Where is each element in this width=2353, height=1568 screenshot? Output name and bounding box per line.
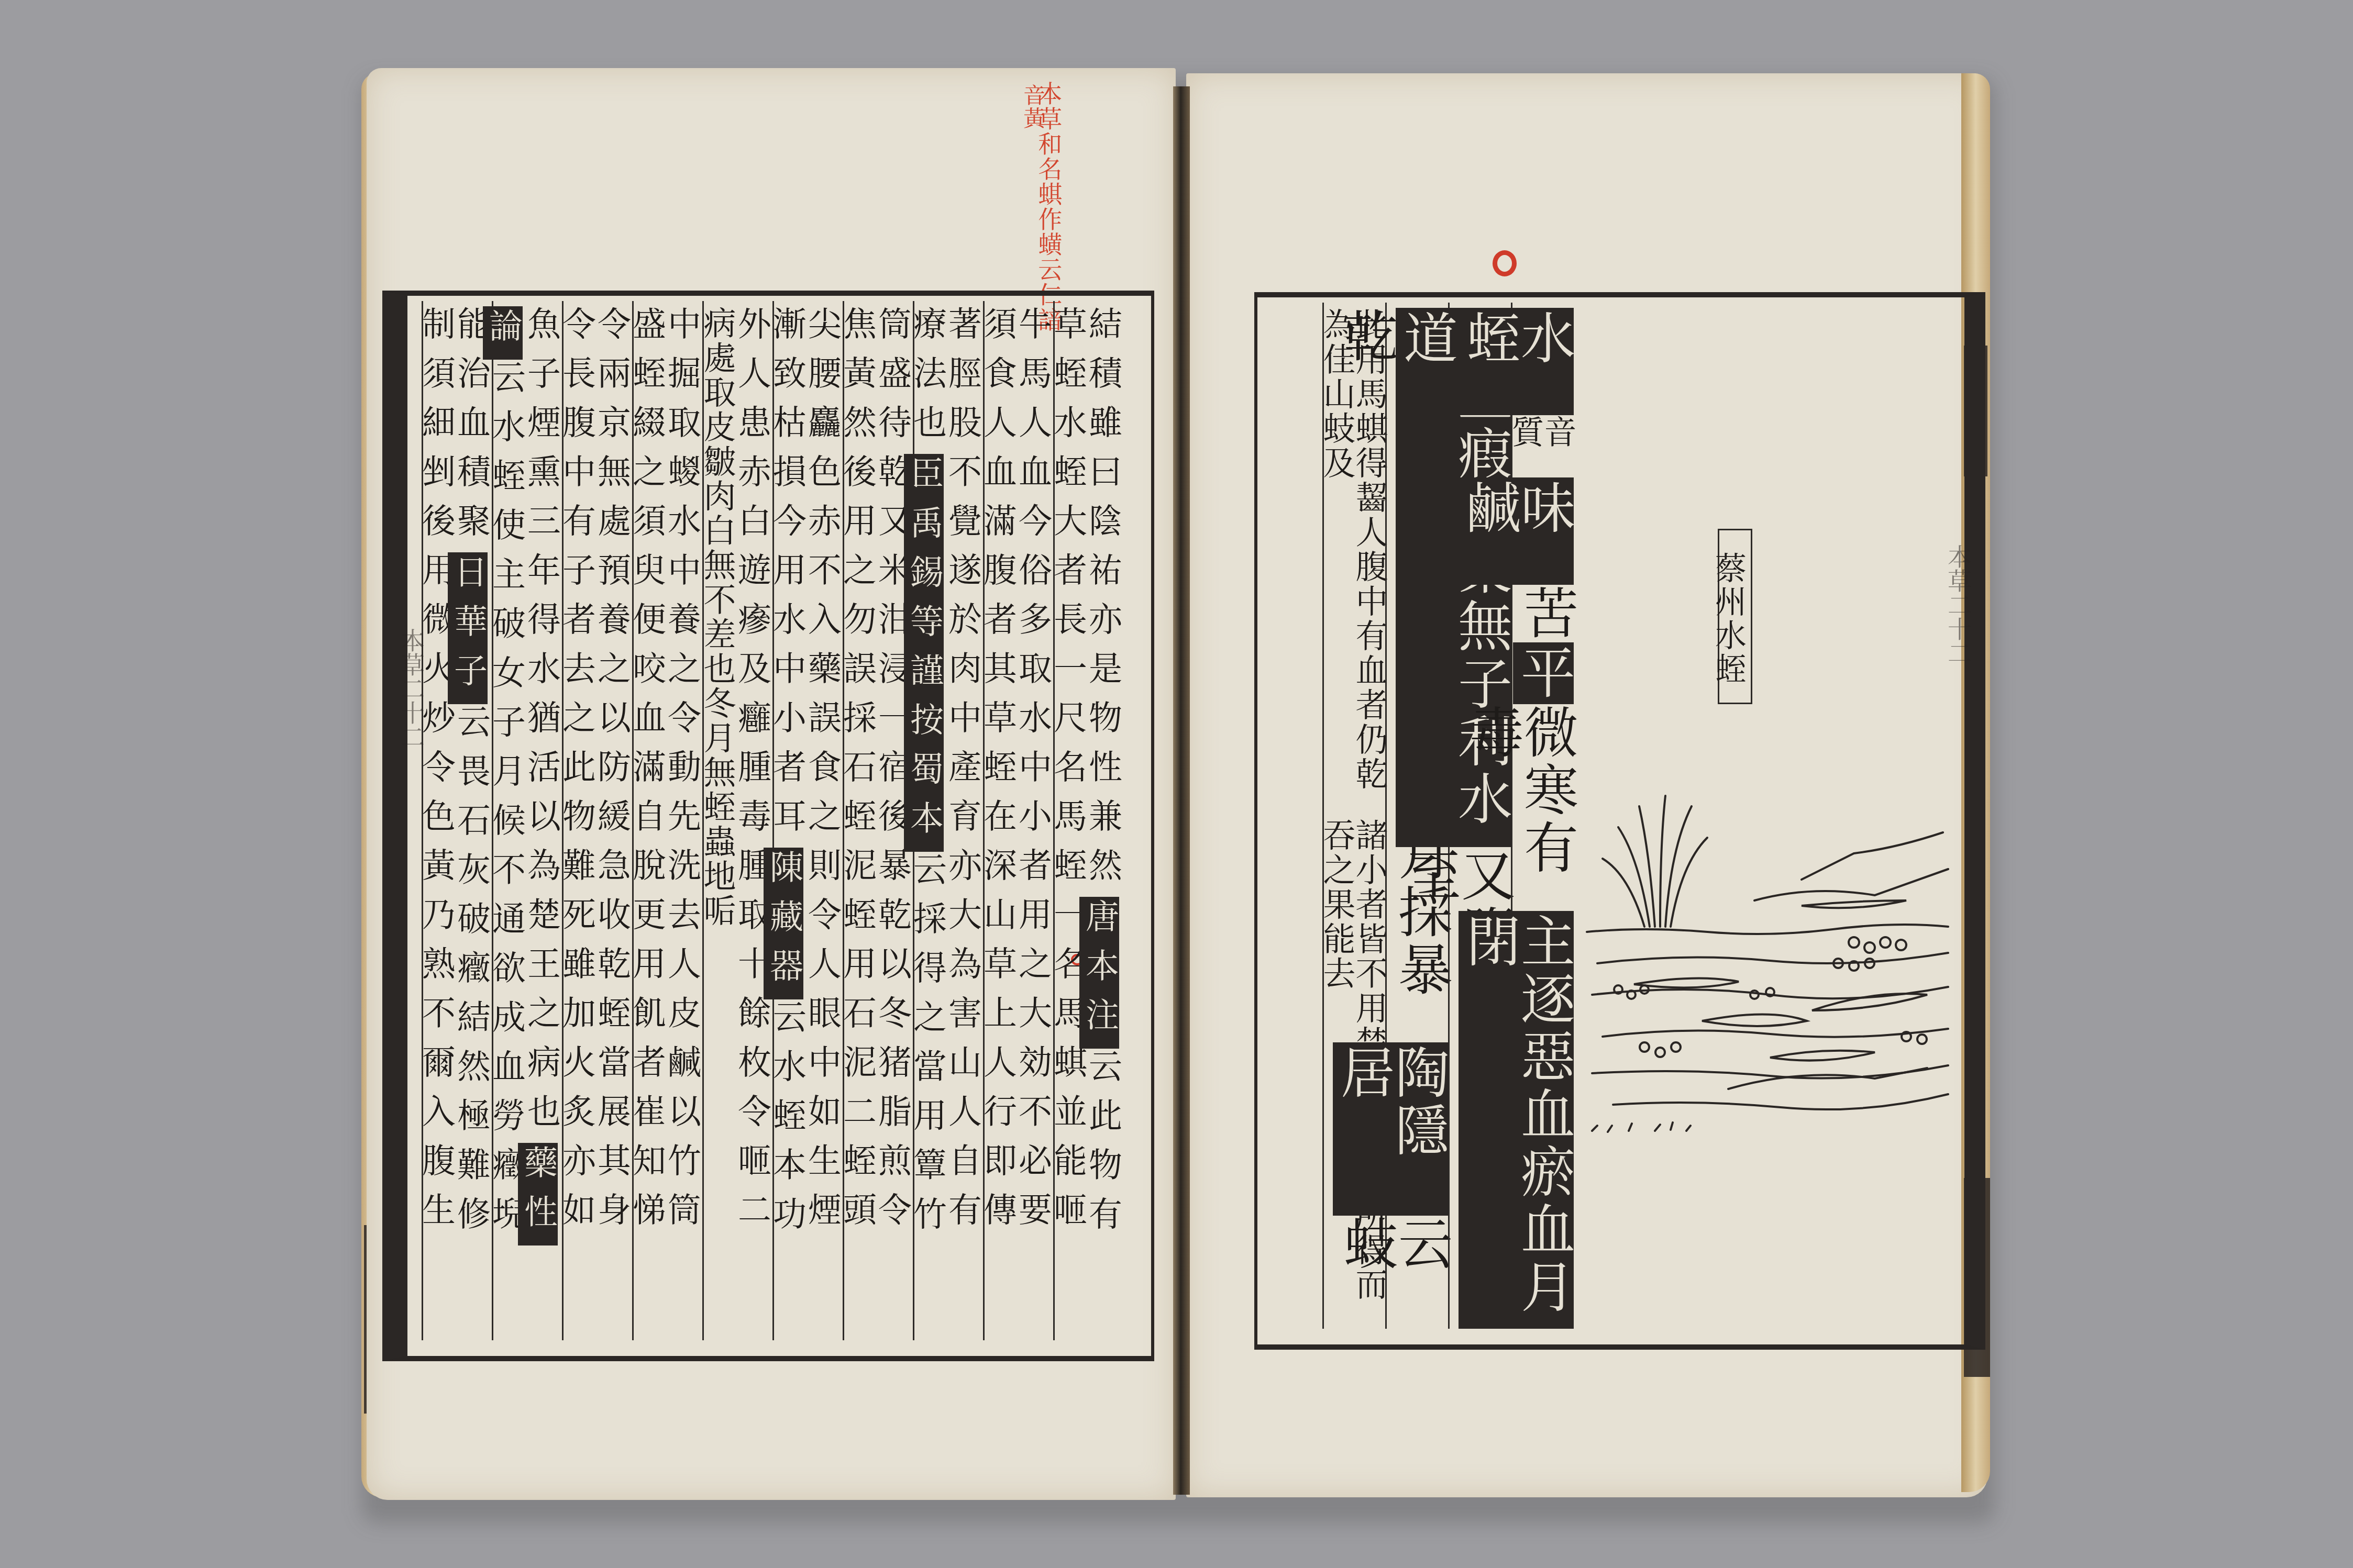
main-text: 草蛭水蛭大者長一尺名馬蛭一名馬蜞並能咂 — [1051, 306, 1084, 1241]
main-text: 盛蛭綴之須臾便咬血滿自脫更用飢者崔知悌 — [629, 306, 663, 1241]
main-text: 外人患赤白遊瘮及癰腫毒腫取十餘枚令咂二 — [735, 306, 768, 1241]
main-text: 尖腰麤色赤不入藥誤食之則令人眼中如生煙 — [805, 306, 838, 1241]
left-page-text: 結積雖曰陰祐亦是物性兼然唐本注云此物有草蛭水蛭大者長一尺名馬蛭一名馬蜞並能咂牛馬… — [414, 301, 1123, 1340]
main-text: 魚子煙熏三年得水猶活以為楚王之病也 — [524, 306, 558, 1143]
main-text: 令兩京無處預養之以防緩急收乾蛭當展其身 — [594, 306, 628, 1241]
source-label-block: 臣禹錫等謹按蜀本 — [904, 454, 944, 852]
main-text: 曰陰祐亦是物性兼 — [1086, 454, 1119, 848]
main-text: 療法也 — [910, 306, 944, 454]
main-text: 云水蛭使主破女子月候不通欲成血勞癥堄 — [489, 360, 523, 1245]
source-label-block: 水蛭 — [1459, 308, 1574, 415]
annotation-line: 病處取皮皺肉白無不差也冬月無蛭蟲地 — [701, 306, 733, 894]
text-column: 結積雖曰陰祐亦是物性兼然唐本注云此物有 — [1088, 301, 1123, 1340]
red-circle-mark — [1493, 250, 1517, 276]
main-text: 焦黃然後用之勿誤採石蛭泥蛭用石泥二蛭頭 — [840, 306, 874, 1241]
red-marginal-note-side: 音黃 — [1021, 84, 1044, 130]
left-edge-title: 本草二十二 — [394, 628, 428, 749]
source-label-block: 陳藏器 — [764, 848, 803, 999]
main-text: 漸致枯損今用水中小者耳 — [770, 306, 803, 848]
main-text: 著脛股不覺遂於肉中產育亦大為害山人自有 — [945, 306, 979, 1241]
main-text: 微寒有毒 — [1465, 704, 1574, 911]
leech-illustration — [1582, 775, 1959, 1141]
source-label-block: 主逐惡血瘀血月閉 — [1459, 911, 1574, 1329]
main-text: 然 — [1086, 848, 1119, 897]
right-edge-title: 本草二十二 — [1941, 544, 1975, 665]
source-label-block: 論 — [483, 306, 523, 360]
book-gutter — [1173, 86, 1190, 1495]
source-label-block: 唐本注 — [1079, 897, 1119, 1049]
text-column: 水蛭音質味鹹苦平微寒有毒主逐惡血瘀血月閉 — [1511, 303, 1574, 1329]
main-text: 牛馬人血今俗多取水中小者用之大効不必要 — [1015, 306, 1049, 1241]
source-label-block: 味鹹 — [1459, 477, 1574, 585]
source-label-block: 日華子 — [448, 552, 488, 704]
double-line-annotation: 音質 — [1509, 415, 1574, 477]
main-text: 苦 — [1519, 585, 1574, 642]
source-label-block: 平 — [1513, 642, 1574, 704]
illustration-caption: 蔡州水蛭 — [1718, 529, 1752, 704]
annotation-line: 音質 — [1509, 415, 1574, 477]
main-text: 令長腹中有子者去之此物難死雖加火炙亦如 — [559, 306, 593, 1241]
main-text: 中掘取蝬水中養之令動先洗去人皮鹹以竹筒 — [665, 306, 698, 1241]
main-text: 結積雖 — [1086, 306, 1119, 454]
main-text: 制須細剉後用微火炒令色黃乃熟不爾入腹生 — [419, 306, 452, 1241]
main-text: 須食人血滿腹者其草蛭在深山草上人行即傳 — [980, 306, 1014, 1241]
double-line-annotation: 病處取皮皺肉白無不差也冬月無蛭蟲地㖃 — [701, 306, 733, 928]
annotation-line: 㖃 — [701, 894, 733, 928]
main-text: 云此物有 — [1086, 1049, 1119, 1245]
main-text: 云水蛭本功 — [770, 999, 803, 1245]
main-text: 云畏石灰破癥結然極難修 — [454, 704, 488, 1245]
source-label-block: 藥性 — [518, 1143, 558, 1245]
text-column: 中掘取蝬水中養之令動先洗去人皮鹹以竹筒 — [667, 301, 702, 1340]
main-text: 云採得之當用簟竹 — [910, 852, 944, 1245]
right-page-text: 水蛭音質味鹹苦平微寒有毒主逐惡血瘀血月閉破血瘕積聚無子利水道又墮胎一名蚑一名至掌… — [1260, 303, 1574, 1329]
